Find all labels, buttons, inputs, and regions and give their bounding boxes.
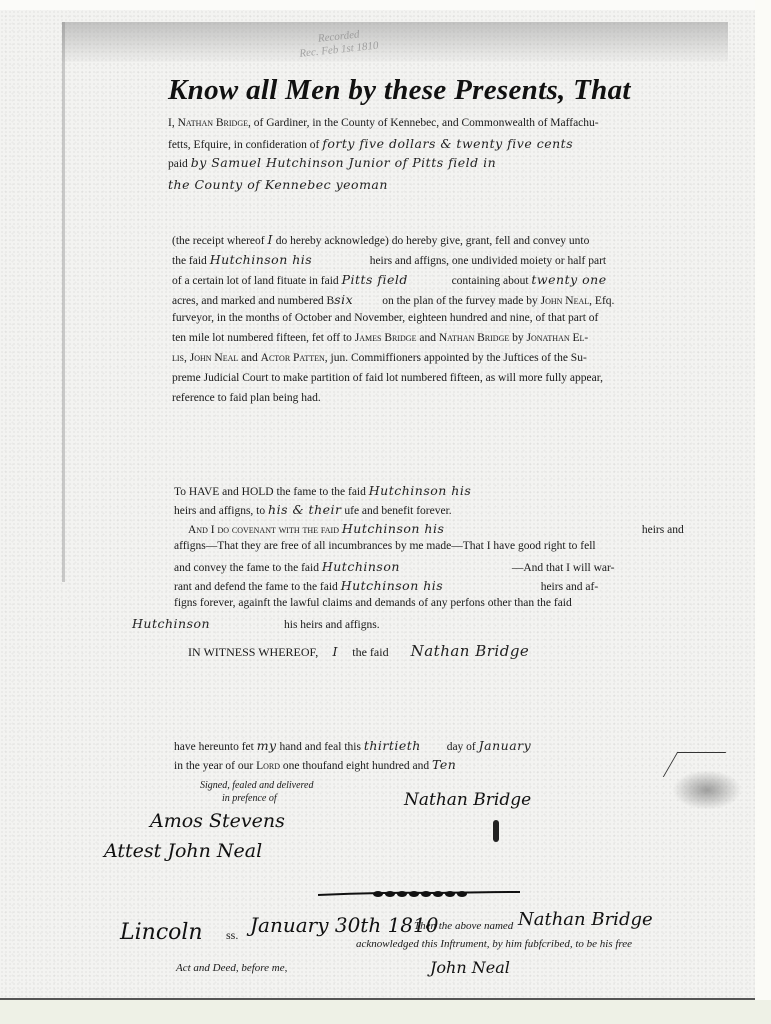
intro-line-3: paid by Samuel Hutchinson Junior of Pitt… bbox=[168, 155, 496, 170]
text: of a certain lot of land fituate in faid bbox=[172, 275, 342, 287]
habendum-line-7: figns forever, againft the lawful claims… bbox=[174, 597, 572, 609]
handwritten-payer: by Samuel Hutchinson Junior of Pitts fie… bbox=[191, 155, 496, 170]
ack-line-3: Act and Deed, before me, bbox=[176, 962, 287, 974]
text: heirs and affigns, one undivided moiety … bbox=[370, 255, 606, 267]
text: heirs and bbox=[642, 524, 684, 536]
handwritten-acreage: twenty one bbox=[531, 272, 606, 287]
text: , jun. Commiffioners appointed by the Ju… bbox=[325, 352, 587, 364]
text: one thoufand eight hundred and bbox=[280, 760, 432, 772]
grant-line-5: furveyor, in the months of October and N… bbox=[172, 312, 598, 324]
intro-line-2: fetts, Efquire, in confideration of fort… bbox=[168, 136, 573, 151]
habendum-line-8: Hutchinsonhis heirs and affigns. bbox=[132, 616, 380, 631]
habendum-line-6: rant and defend the fame to the faid Hut… bbox=[174, 578, 598, 593]
witness-signature-2: Attest John Neal bbox=[104, 840, 262, 862]
handwritten-grantee: Hutchinson his bbox=[342, 521, 642, 536]
ink-smudge bbox=[672, 770, 742, 810]
handwritten-grantee: Hutchinson bbox=[132, 616, 284, 631]
text: I, bbox=[168, 117, 178, 129]
name: James Bridge bbox=[355, 332, 417, 344]
witness-line-1: IN WITNESS WHEREOF,Ithe faidNathan Bridg… bbox=[188, 642, 529, 660]
grant-line-9: reference to faid plan being had. bbox=[172, 392, 321, 404]
handwritten-text: I bbox=[318, 644, 352, 659]
text: fetts, Efquire, in confideration of bbox=[168, 139, 322, 151]
handwritten-grantee: Hutchinson his bbox=[341, 578, 541, 593]
handwritten-grantee: Hutchinson his bbox=[369, 483, 472, 498]
text: , of Gardiner, in the County of Kennebec… bbox=[248, 117, 599, 129]
text: rant and defend the fame to the faid bbox=[174, 581, 341, 593]
handwritten-text: his & their bbox=[268, 502, 341, 517]
habendum-line-5: and convey the fame to the faid Hutchins… bbox=[174, 559, 614, 574]
text: To HAVE and HOLD the fame to the faid bbox=[174, 486, 369, 498]
surveyor-name: John Neal bbox=[541, 295, 590, 307]
handwritten-text: my bbox=[257, 738, 277, 753]
habendum-line-3: And I do covenant with the faid Hutchins… bbox=[188, 521, 684, 536]
witness-line-3: in the year of our Lord one thoufand eig… bbox=[174, 757, 456, 772]
text: And I do covenant with the faid bbox=[188, 524, 342, 536]
grantor-name: Nathan Bridge bbox=[178, 117, 248, 129]
scan-right-margin bbox=[755, 0, 771, 1000]
text: heirs and af- bbox=[541, 581, 598, 593]
handwritten-consideration: forty five dollars & twenty five cents bbox=[322, 136, 573, 151]
name: Actor Patten bbox=[261, 352, 325, 364]
text: Lord bbox=[256, 760, 280, 772]
text: day of bbox=[444, 741, 479, 753]
ack-line-2: acknowledged this Inftrument, by him fub… bbox=[356, 938, 632, 950]
handwritten-month: January bbox=[479, 738, 532, 753]
in-presence-of-label: in prefence of bbox=[222, 793, 277, 804]
text: , Efq. bbox=[589, 295, 614, 307]
deed-title: Know all Men by these Presents, That bbox=[168, 74, 631, 107]
grantor-signature: Nathan Bridge bbox=[404, 790, 531, 810]
text: and bbox=[416, 332, 438, 344]
grant-line-6: ten mile lot numbered fifteen, fet off t… bbox=[172, 332, 588, 344]
witness-line-2: have hereunto fet my hand and feal this … bbox=[174, 738, 531, 753]
handwritten-acknowledger: Nathan Bridge bbox=[518, 909, 653, 930]
handwritten-grantee: Hutchinson bbox=[322, 559, 512, 574]
text: containing about bbox=[452, 275, 532, 287]
grant-line-8: preme Judicial Court to make partition o… bbox=[172, 372, 603, 384]
handwritten-ack-date: January 30th 1810 bbox=[250, 913, 438, 937]
grant-line-1: (the receipt whereof I do hereby acknowl… bbox=[172, 232, 589, 247]
grant-line-7: lis, John Neal and Actor Patten, jun. Co… bbox=[172, 352, 587, 364]
text: hand and feal this bbox=[277, 741, 364, 753]
text: the faid bbox=[172, 255, 210, 267]
handwritten-grantor: Nathan Bridge bbox=[411, 642, 530, 660]
habendum-line-4: affigns—That they are free of all incumb… bbox=[174, 540, 596, 552]
text: paid bbox=[168, 158, 191, 170]
text: —And that I will war- bbox=[512, 562, 615, 574]
text: heirs and affigns, to bbox=[174, 505, 268, 517]
name: Nathan Bridge bbox=[439, 332, 509, 344]
text: (the receipt whereof bbox=[172, 235, 267, 247]
intro-line-1: I, Nathan Bridge, of Gardiner, in the Co… bbox=[168, 117, 599, 129]
ink-blot bbox=[493, 820, 499, 842]
text: the faid bbox=[352, 645, 388, 659]
text: his heirs and affigns. bbox=[284, 619, 380, 631]
signed-sealed-label: Signed, fealed and delivered bbox=[200, 780, 313, 791]
ornamental-rule bbox=[318, 890, 520, 898]
handwritten-town: Pitts field bbox=[342, 272, 452, 287]
text: by bbox=[509, 332, 526, 344]
habendum-line-1: To HAVE and HOLD the fame to the faid Hu… bbox=[174, 483, 471, 498]
habendum-line-2: heirs and affigns, to his & their ufe an… bbox=[174, 502, 452, 517]
text: ten mile lot numbered fifteen, fet off t… bbox=[172, 332, 355, 344]
handwritten-lot-number: six bbox=[334, 292, 382, 307]
text: acres, and marked and numbered B bbox=[172, 295, 334, 307]
handwritten-day: thirtieth bbox=[364, 738, 444, 753]
text: have hereunto fet bbox=[174, 741, 257, 753]
text: do hereby acknowledge) do hereby give, g… bbox=[273, 235, 589, 247]
grant-line-3: of a certain lot of land fituate in faid… bbox=[172, 272, 607, 287]
name: lis, John Neal bbox=[172, 352, 238, 364]
handwritten-county-line: the County of Kennebec yeoman bbox=[168, 177, 388, 192]
name: Jonathan El- bbox=[527, 332, 589, 344]
text: ufe and benefit forever. bbox=[342, 505, 452, 517]
ss-mark: ss. bbox=[226, 928, 238, 943]
handwritten-county: Lincoln bbox=[120, 920, 203, 945]
text: and bbox=[238, 352, 260, 364]
justice-signature: John Neal bbox=[430, 958, 510, 977]
text: in the year of our bbox=[174, 760, 256, 772]
text: on the plan of the furvey made by bbox=[382, 295, 540, 307]
grant-line-4: acres, and marked and numbered Bsixon th… bbox=[172, 292, 614, 307]
text: and convey the fame to the faid bbox=[174, 562, 322, 574]
handwritten-year: Ten bbox=[432, 757, 456, 772]
handwritten-grantee: Hutchinson his bbox=[210, 252, 370, 267]
grant-line-2: the faid Hutchinson hisheirs and affigns… bbox=[172, 252, 606, 267]
witness-signature-1: Amos Stevens bbox=[150, 810, 285, 832]
ack-line-1: Then the above named bbox=[414, 920, 513, 932]
photocopy-shadow-left bbox=[62, 22, 65, 582]
in-witness-heading: IN WITNESS WHEREOF, bbox=[188, 645, 318, 659]
